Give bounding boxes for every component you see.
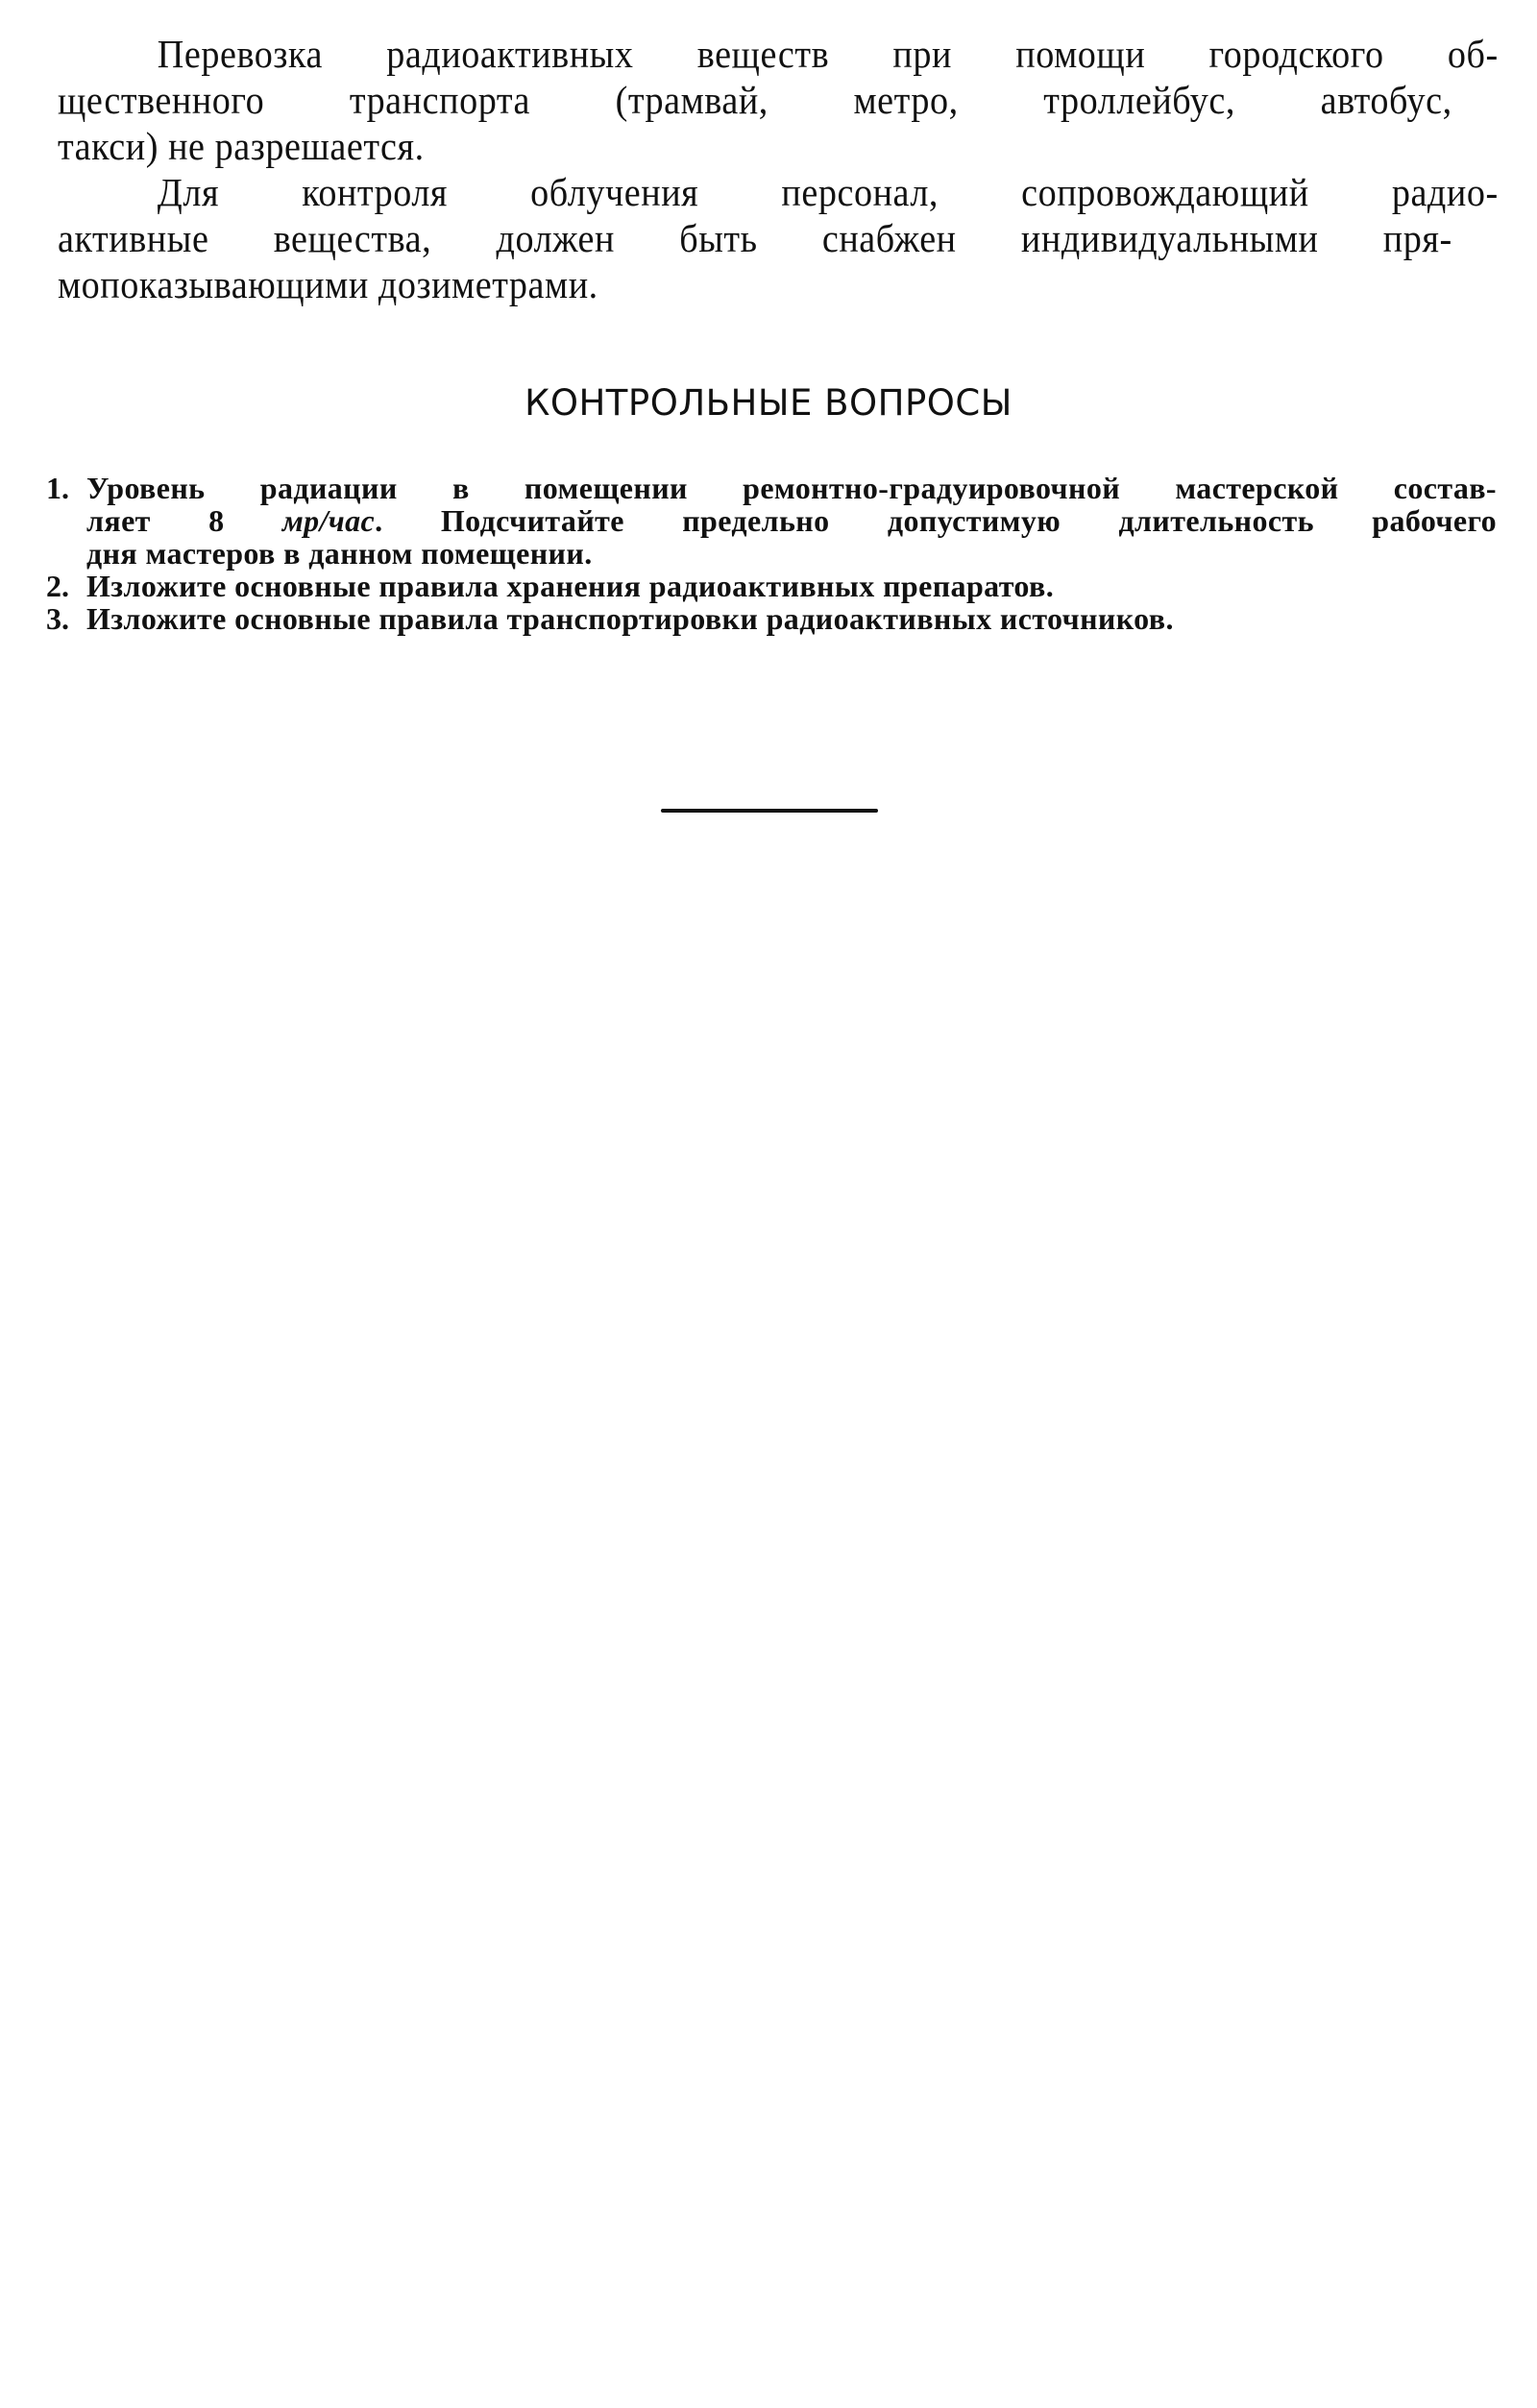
question-fragment: . Подсчитайте предельно допустимую длите… bbox=[375, 503, 1497, 538]
question-number: 1. bbox=[46, 472, 86, 504]
question-number: 3. bbox=[46, 602, 86, 635]
text-line: активные вещества, должен быть снабжен и… bbox=[58, 215, 1452, 261]
question-number: 2. bbox=[46, 570, 86, 602]
dose-rate-unit: мр/час bbox=[282, 503, 375, 538]
question-text: Изложите основные правила хранения радио… bbox=[86, 570, 1497, 602]
text-line: мопоказывающими дозиметрами. bbox=[58, 261, 1452, 307]
question-item: 2. Изложите основные правила хранения ра… bbox=[46, 570, 1497, 602]
paragraph-transport: Перевозка радиоактивных веществ при помо… bbox=[104, 31, 1499, 169]
text-line: такси) не разрешается. bbox=[58, 123, 1452, 169]
question-text: Уровень радиации в помещении ремонтно-гр… bbox=[86, 472, 1497, 570]
document-page: Перевозка радиоактивных веществ при помо… bbox=[0, 0, 1537, 2408]
body-text: Перевозка радиоактивных веществ при помо… bbox=[104, 31, 1499, 307]
question-item: 3. Изложите основные правила транспортир… bbox=[46, 602, 1497, 635]
question-text: Изложите основные правила транспортировк… bbox=[86, 602, 1497, 635]
question-line: дня мастеров в данном помещении. bbox=[86, 537, 1497, 570]
question-line: ляет 8 мр/час. Подсчитайте предельно доп… bbox=[86, 504, 1497, 537]
question-line: Изложите основные правила транспортировк… bbox=[86, 602, 1497, 635]
section-divider bbox=[661, 809, 878, 813]
paragraph-dosimeters: Для контроля облучения персонал, сопрово… bbox=[104, 169, 1499, 307]
questions-list: 1. Уровень радиации в помещении ремонтно… bbox=[46, 472, 1497, 635]
text-line: Перевозка радиоактивных веществ при помо… bbox=[104, 31, 1499, 77]
question-line: Изложите основные правила хранения радио… bbox=[86, 570, 1497, 602]
text-line: щественного транспорта (трамвай, метро, … bbox=[58, 77, 1452, 123]
question-fragment: ляет 8 bbox=[86, 503, 282, 538]
text-line: Для контроля облучения персонал, сопрово… bbox=[104, 169, 1499, 215]
question-item: 1. Уровень радиации в помещении ремонтно… bbox=[46, 472, 1497, 570]
question-line: Уровень радиации в помещении ремонтно-гр… bbox=[86, 472, 1497, 504]
section-title: КОНТРОЛЬНЫЕ ВОПРОСЫ bbox=[0, 382, 1537, 425]
